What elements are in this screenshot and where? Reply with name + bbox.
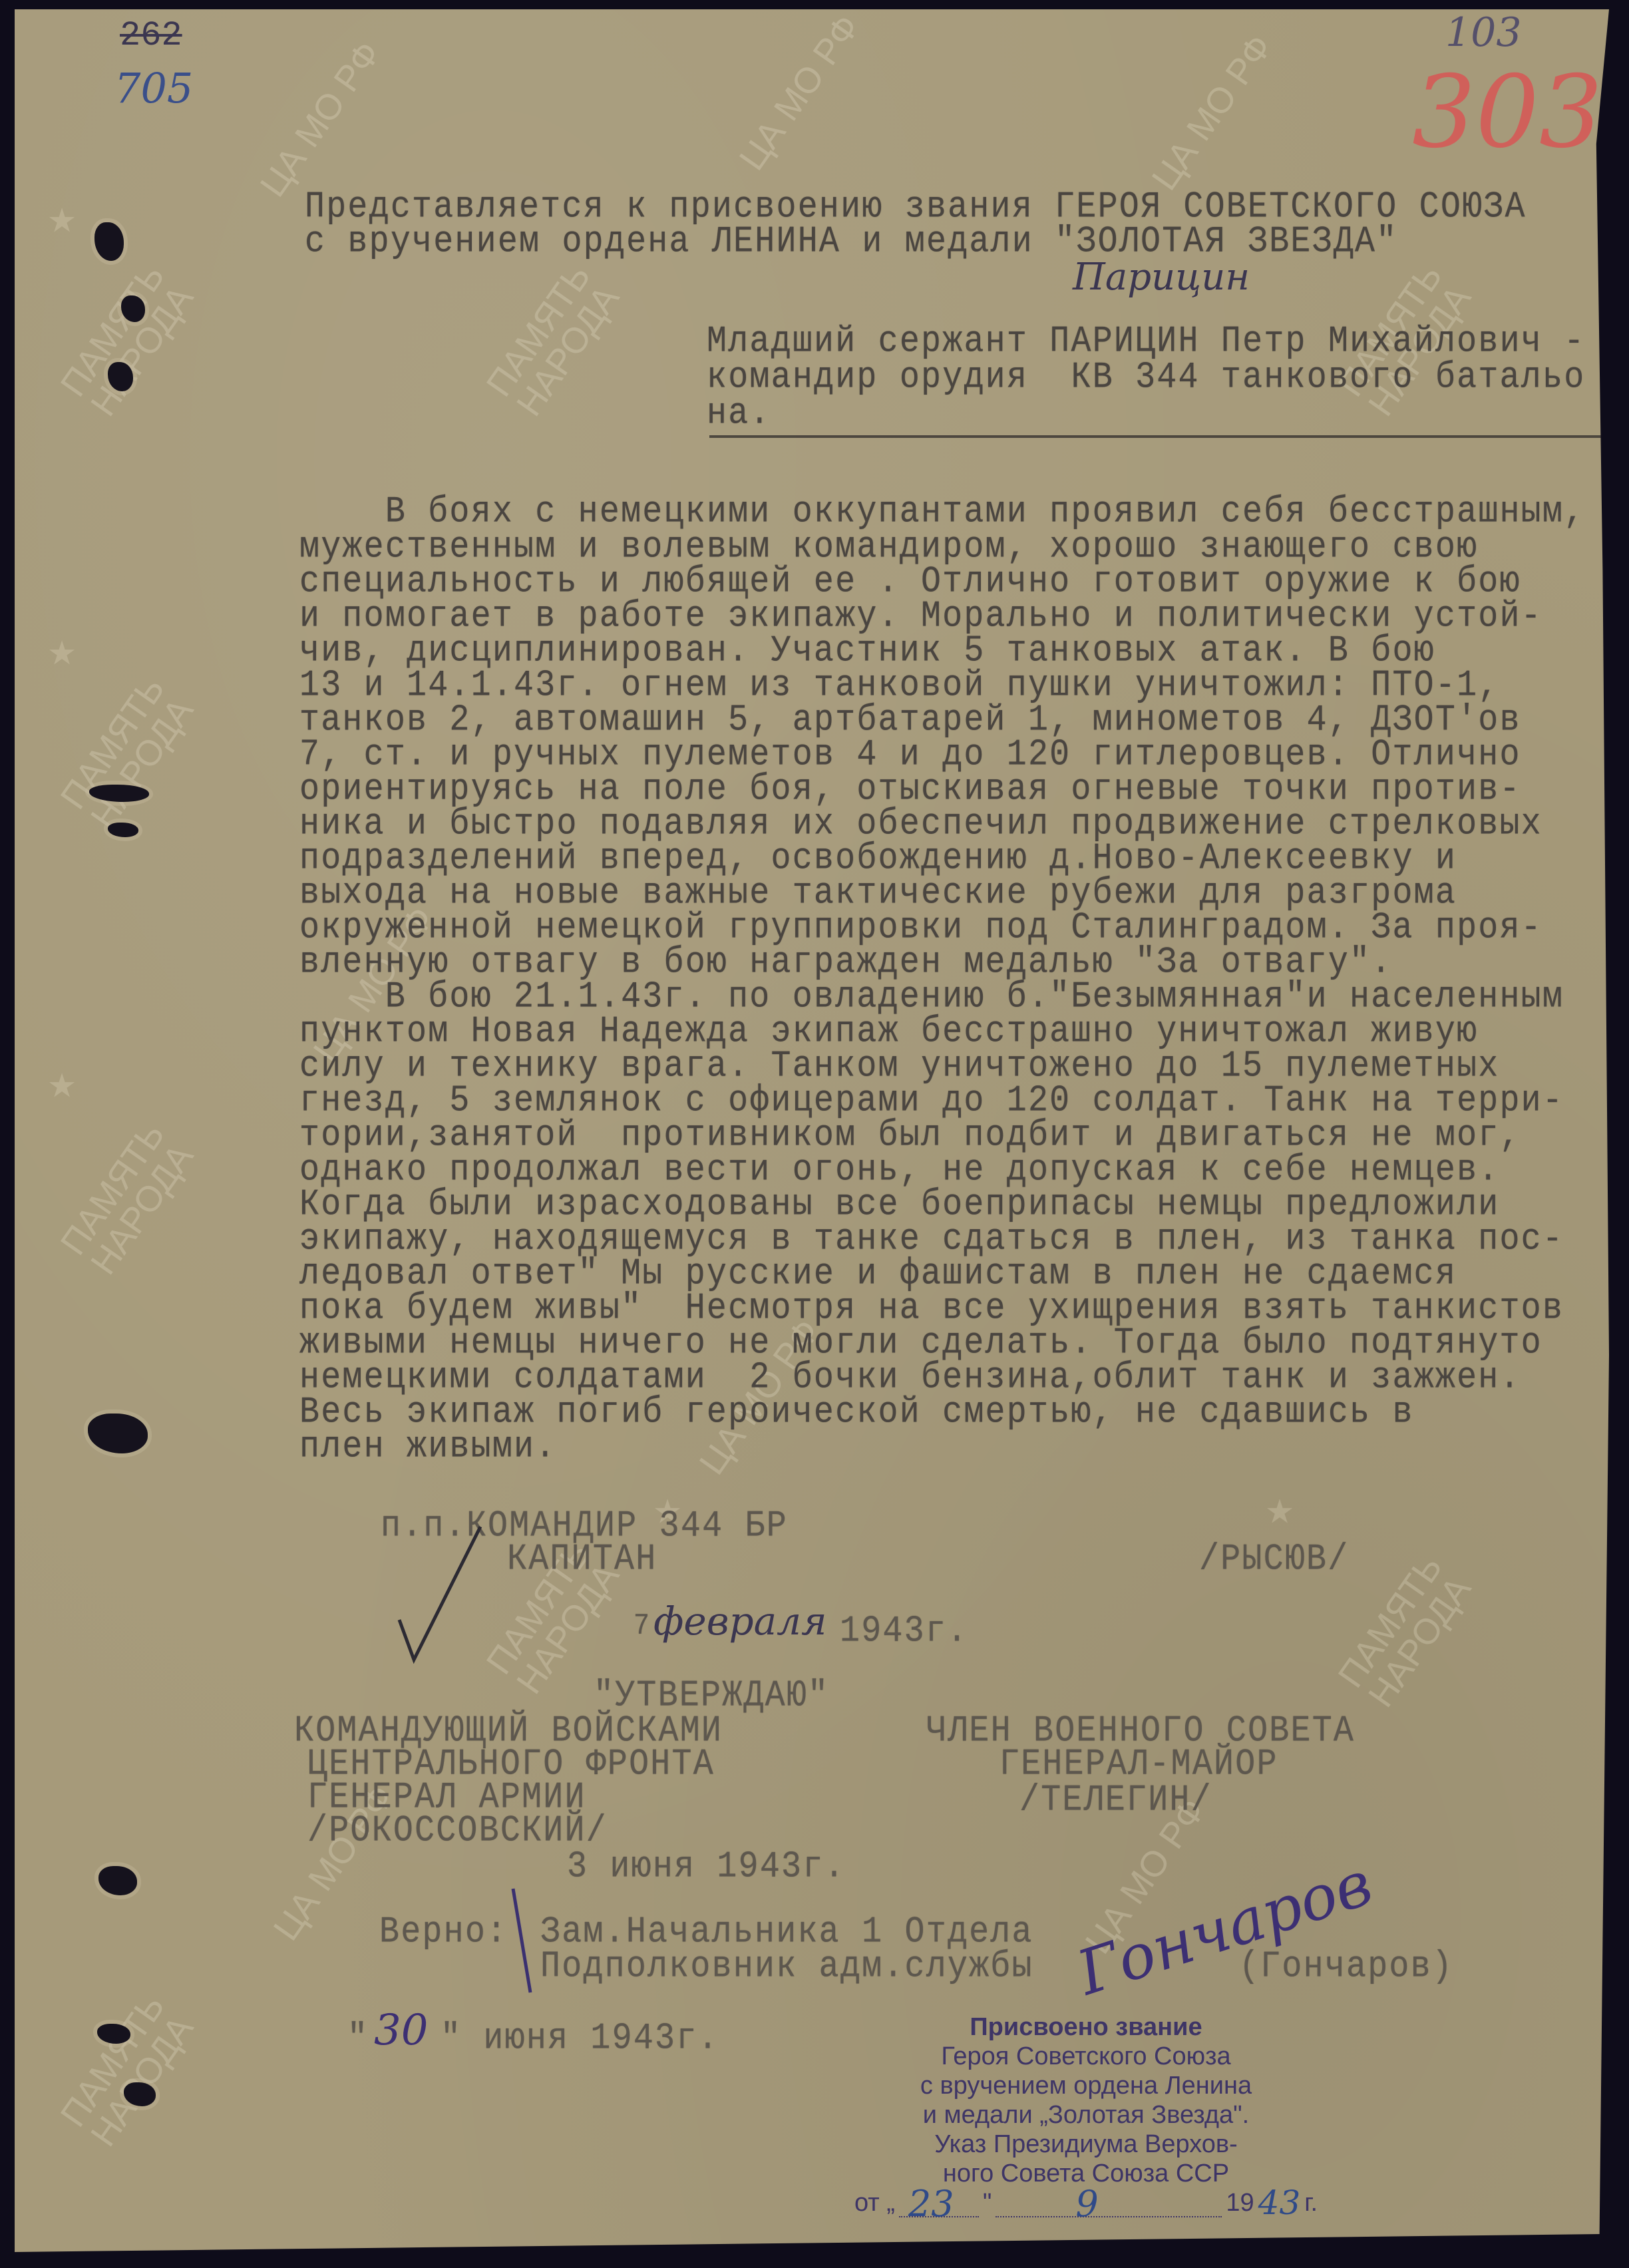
checkmark-icon xyxy=(510,1886,537,1999)
stamp-date-row: от „ 23 " 9 1943г. xyxy=(860,2188,1312,2217)
stamp-line-1: Присвоено звание xyxy=(860,2012,1312,2042)
watermark-archive: ЦА МО РФ xyxy=(1146,29,1278,196)
citation-body: В боях с немецкими оккупантами проявил с… xyxy=(299,492,1585,528)
watermark-project: ПАМЯТЬ НАРОДА xyxy=(1332,1549,1478,1714)
watermark-project: ПАМЯТЬ НАРОДА xyxy=(55,671,200,836)
sheet-number: 705 xyxy=(114,64,193,112)
stamp-date-day: 23 xyxy=(908,2189,954,2219)
commander-date-day: 7 xyxy=(633,1606,651,1646)
nominee-line-3: на. xyxy=(707,394,771,433)
stamp-date-day-field: 23 xyxy=(899,2189,979,2217)
body-line: плен живыми. xyxy=(299,1427,556,1467)
front-commander-name: /РОКОССОВСКИЙ/ xyxy=(307,1811,608,1851)
watermark-star-icon: ★ xyxy=(1266,1480,1294,1538)
watermark-project: ПАМЯТЬ НАРОДА xyxy=(55,1117,200,1282)
watermark-star-icon: ★ xyxy=(48,189,76,247)
watermark-star-icon: ★ xyxy=(48,622,76,679)
checkmark-icon xyxy=(394,1520,487,1666)
stamp-line-2: Героя Советского Союза xyxy=(860,2042,1312,2071)
watermark-archive: ЦА МО РФ xyxy=(733,9,866,176)
certification-date-day: 30 xyxy=(374,2006,428,2055)
commander-date-month-handwritten: февраля xyxy=(653,1599,827,1644)
binding-hole xyxy=(98,1866,137,1895)
watermark-project: ПАМЯТЬ НАРОДА xyxy=(55,1988,200,2154)
council-member-rank: ГЕНЕРАЛ-МАЙОР xyxy=(999,1745,1278,1784)
commander-name: /РЫСЮВ/ xyxy=(1199,1540,1349,1579)
handwritten-surname-correction: Парицин xyxy=(1073,256,1250,299)
nominee-line-2: командир орудия КВ 344 танкового батальо xyxy=(707,358,1585,397)
stamp-date-year-prefix: 19 xyxy=(1226,2188,1254,2217)
stamp-date-month: 9 xyxy=(1075,2189,1098,2219)
stamp-date-mid: " xyxy=(983,2188,992,2217)
stamp-date-month-field: 9 xyxy=(995,2189,1222,2217)
stamp-line-4: и медали „Золотая Звезда". xyxy=(860,2100,1312,2130)
watermark-project: ПАМЯТЬ НАРОДА xyxy=(480,258,626,423)
old-sheet-number: 262 xyxy=(120,16,182,55)
award-stamp: Присвоено звание Героя Советского Союза … xyxy=(860,2012,1312,2217)
approval-date: 3 июня 1943г. xyxy=(567,1847,846,1887)
nominee-line-1: Младший сержант ПАРИЦИН Петр Михайлович … xyxy=(707,322,1585,361)
binding-hole xyxy=(88,1414,148,1453)
certification-date-rest: " июня 1943г. xyxy=(441,2019,719,2058)
watermark-star-icon: ★ xyxy=(48,1054,76,1112)
watermark-project: ПАМЯТЬ НАРОДА xyxy=(55,258,200,423)
certification-date-open-quote: " xyxy=(347,2019,369,2058)
commander-rank: КАПИТАН xyxy=(507,1540,657,1579)
stamp-line-5: Указ Президиума Верхов- xyxy=(860,2130,1312,2159)
certifier-name: (Гончаров) xyxy=(1239,1947,1453,1986)
council-member-name: /ТЕЛЕГИН/ xyxy=(1019,1781,1212,1820)
certifier-rank: Подполковник адм.службы xyxy=(540,1947,1033,1986)
section-divider xyxy=(709,435,1621,438)
page-number-pencil: 103 xyxy=(1445,9,1522,56)
document-sheet: ЦА МО РФ ЦА МО РФ ЦА МО РФ ЦА МО РФ ЦА М… xyxy=(15,9,1609,2252)
certification-label: Верно: xyxy=(379,1913,508,1952)
page-number-red: 303 xyxy=(1412,63,1602,162)
commander-date-year: 1943г. xyxy=(840,1612,968,1651)
stamp-date-suffix: г. xyxy=(1304,2188,1318,2217)
stamp-date-prefix: от „ xyxy=(854,2188,895,2217)
watermark-archive: ЦА МО РФ xyxy=(254,35,387,203)
stamp-line-3: с вручением ордена Ленина xyxy=(860,2071,1312,2100)
binding-hole xyxy=(94,222,124,261)
stamp-date-year-hand: 43 xyxy=(1258,2188,1301,2217)
